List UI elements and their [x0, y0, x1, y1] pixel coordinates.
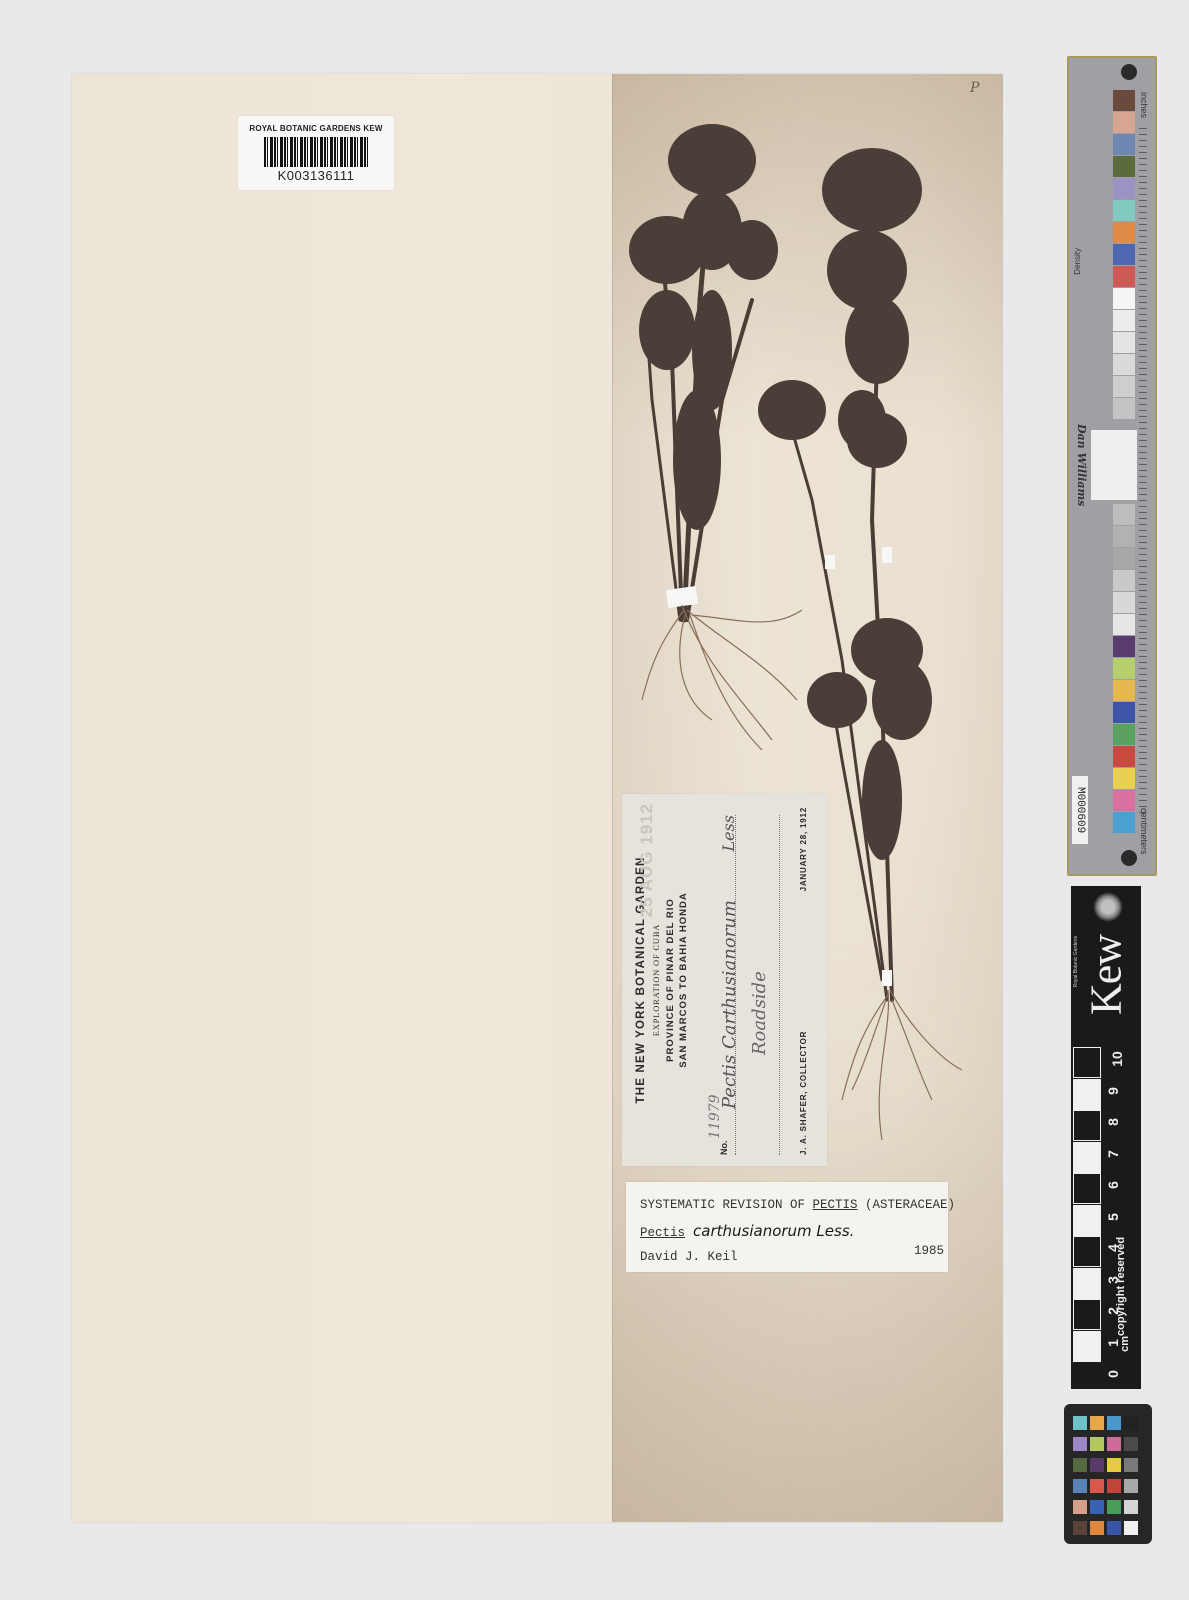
checker-patch: [1107, 1437, 1121, 1451]
collector: J. A. SHAFER, COLLECTOR: [799, 1031, 808, 1155]
taxon-handwritten: Pectis Carthusianorum: [719, 900, 740, 1109]
det-epithet-handwritten: carthusianorum Less.: [693, 1222, 854, 1240]
colour-swatch: [1113, 790, 1135, 811]
colour-swatch: [1113, 222, 1135, 243]
ruler-segment: [1073, 1268, 1101, 1299]
det-genus: Pectis: [640, 1226, 685, 1240]
checker-patch: [1124, 1521, 1138, 1535]
habitat-handwritten: Roadside: [749, 971, 770, 1055]
density-label: Density: [1073, 248, 1082, 275]
colour-swatch: [1113, 746, 1135, 767]
determination-year: 1985: [914, 1244, 944, 1258]
label-taxon-row: Pectis Carthusianorum Less: [719, 815, 749, 1155]
colour-swatch: [1113, 570, 1135, 591]
colour-swatch: [1113, 332, 1135, 353]
hole-icon: [1121, 64, 1137, 80]
label-province: PROVINCE OF PINAR DEL RIO: [665, 799, 676, 1161]
colour-swatch: [1113, 200, 1135, 221]
colour-swatch: [1113, 680, 1135, 701]
colour-swatch: [1113, 134, 1135, 155]
tick-ruler: [1139, 128, 1147, 818]
ruler-bars: [1073, 1044, 1101, 1362]
ruler-segment: [1073, 1047, 1101, 1078]
revision-genus: PECTIS: [813, 1198, 858, 1212]
checker-patch: [1073, 1521, 1087, 1535]
colour-swatch: [1113, 244, 1135, 265]
inches-label: inches: [1139, 92, 1149, 118]
checker-patch: [1090, 1416, 1104, 1430]
checker-patch: [1073, 1500, 1087, 1514]
colour-swatch: [1113, 702, 1135, 723]
checker-grid: [1073, 1416, 1138, 1535]
label-habitat-row: Roadside: [745, 815, 780, 1155]
checker-patch: [1073, 1416, 1087, 1430]
scale-signature: Dan Williams: [1075, 424, 1088, 506]
checker-patch: [1090, 1437, 1104, 1451]
collection-date: JANUARY 28, 1912: [799, 807, 808, 891]
checker-patch: [1090, 1521, 1104, 1535]
colour-swatch: [1113, 90, 1135, 111]
scale-code: M000609: [1072, 776, 1088, 844]
checker-patch: [1107, 1416, 1121, 1430]
colour-swatch: [1113, 398, 1135, 419]
hole-icon: [1121, 850, 1137, 866]
centimeters-label: centimeters: [1139, 808, 1149, 855]
ruler-segment: [1073, 1331, 1101, 1362]
kew-brand: Kew: [1081, 935, 1132, 1015]
ruler-segment: [1073, 1205, 1101, 1236]
colour-swatch: [1113, 504, 1135, 525]
checker-patch: [1073, 1479, 1087, 1493]
checker-patch: [1124, 1479, 1138, 1493]
revision-prefix: SYSTEMATIC REVISION OF: [640, 1198, 813, 1212]
sheet-corner-mark: P: [970, 80, 979, 96]
ruler-segment: [1073, 1236, 1101, 1267]
received-stamp: 25 AUG 1912: [637, 803, 657, 917]
colour-swatch: [1113, 526, 1135, 547]
copyright-text: copyright reserved: [1115, 1036, 1127, 1336]
kew-cm-ruler: Royal Botanic Gardens Kew 012345678910 c…: [1071, 886, 1141, 1389]
colour-swatch: [1113, 614, 1135, 635]
ruler-segment: [1073, 1110, 1101, 1141]
kew-logo: Kew: [1075, 930, 1137, 1020]
colour-swatch: [1113, 112, 1135, 133]
determination-slip: SYSTEMATIC REVISION OF PECTIS (ASTERACEA…: [626, 1182, 948, 1272]
ruler-number: 0: [1105, 1370, 1121, 1378]
colour-checker: [1064, 1404, 1152, 1544]
checker-patch: [1107, 1479, 1121, 1493]
colour-swatch: [1113, 288, 1135, 309]
ruler-segment: [1073, 1173, 1101, 1204]
checker-patch: [1124, 1437, 1138, 1451]
checker-patch: [1073, 1437, 1087, 1451]
colour-density-scale: inches Density Dan Williams M000609 cent…: [1067, 56, 1157, 876]
barcode-label: ROYAL BOTANIC GARDENS KEW K003136111: [238, 116, 394, 190]
barcode-icon: [264, 137, 368, 167]
colour-swatch: [1113, 178, 1135, 199]
colour-swatch: [1113, 658, 1135, 679]
colour-swatch: [1113, 156, 1135, 177]
checker-patch: [1090, 1500, 1104, 1514]
collection-label: THE NEW YORK BOTANICAL GARDEN EXPLORATIO…: [622, 794, 827, 1166]
author-handwritten: Less: [719, 815, 738, 852]
barcode-institution: ROYAL BOTANIC GARDENS KEW: [238, 124, 394, 133]
checker-patch: [1073, 1458, 1087, 1472]
swatch-column-top: [1113, 90, 1135, 420]
colour-swatch: [1113, 266, 1135, 287]
colour-swatch: [1113, 768, 1135, 789]
determiner: David J. Keil: [640, 1250, 738, 1264]
barcode-number: K003136111: [238, 168, 394, 183]
colour-swatch: [1113, 724, 1135, 745]
colour-swatch: [1113, 592, 1135, 613]
colour-swatch: [1113, 354, 1135, 375]
checker-patch: [1124, 1500, 1138, 1514]
grey-card: [1091, 430, 1137, 500]
checker-patch: [1107, 1521, 1121, 1535]
revision-family: (ASTERACEAE): [858, 1198, 956, 1212]
checker-patch: [1124, 1458, 1138, 1472]
colour-swatch: [1113, 548, 1135, 569]
checker-patch: [1090, 1458, 1104, 1472]
colour-swatch: [1113, 376, 1135, 397]
ruler-segment: [1073, 1142, 1101, 1173]
colour-swatch: [1113, 812, 1135, 833]
determination-name: Pectiscarthusianorum Less.: [640, 1222, 854, 1240]
kew-crest-icon: [1093, 892, 1123, 922]
label-locality: SAN MARCOS TO BAHIA HONDA: [678, 799, 689, 1161]
checker-patch: [1107, 1500, 1121, 1514]
cm-label: cm: [1119, 1336, 1131, 1352]
checker-patch: [1090, 1479, 1104, 1493]
colour-swatch: [1113, 636, 1135, 657]
checker-patch: [1107, 1458, 1121, 1472]
ruler-segment: [1073, 1079, 1101, 1110]
swatch-column-bottom: [1113, 504, 1135, 834]
ruler-segment: [1073, 1299, 1101, 1330]
colour-swatch: [1113, 310, 1135, 331]
checker-patch: [1124, 1416, 1138, 1430]
revision-title: SYSTEMATIC REVISION OF PECTIS (ASTERACEA…: [640, 1198, 955, 1212]
